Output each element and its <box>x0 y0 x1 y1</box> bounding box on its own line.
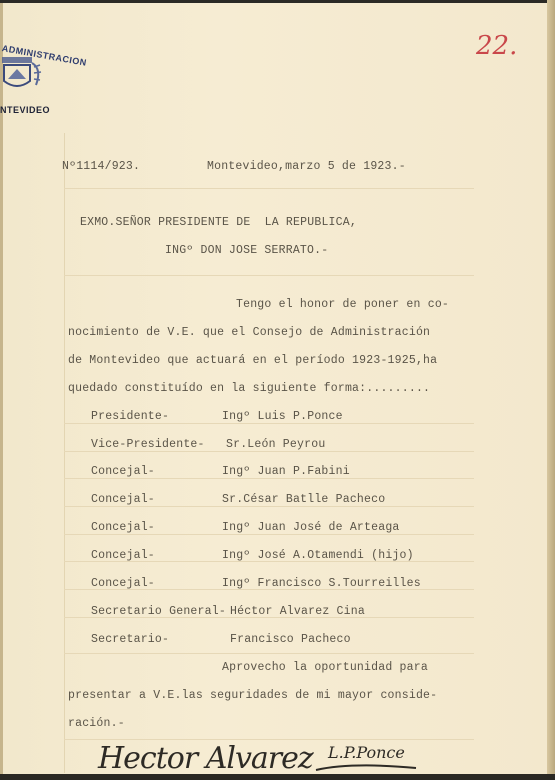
addressee-line-1: EXMO.SEÑOR PRESIDENTE DE LA REPUBLICA, <box>80 216 357 229</box>
member-name: Ingº Juan P.Fabini <box>222 465 350 478</box>
closing-line: Aprovecho la oportunidad para <box>222 661 428 674</box>
body-line: nocimiento de V.E. que el Consejo de Adm… <box>68 326 430 339</box>
member-role: Secretario General- <box>91 605 226 618</box>
municipal-seal: ADMINISTRACION NTEVIDEO <box>0 39 90 119</box>
member-role: Secretario- <box>91 633 169 646</box>
member-name: Sr.León Peyrou <box>226 438 325 451</box>
seal-bottom-text: NTEVIDEO <box>0 105 50 115</box>
member-role: Concejal- <box>91 577 155 590</box>
member-role: Concejal- <box>91 465 155 478</box>
addressee-line-2: INGº DON JOSE SERRATO.- <box>165 244 328 257</box>
ruled-line <box>64 478 474 479</box>
signature-secretary: Hector Alvarez <box>98 741 313 776</box>
coat-of-arms-icon <box>0 55 44 95</box>
member-role: Vice-Presidente- <box>91 438 205 451</box>
body-line: Tengo el honor de poner en co- <box>236 298 449 311</box>
body-line: quedado constituído en la siguiente form… <box>68 382 430 395</box>
ruled-line <box>64 423 474 424</box>
member-name: Ingº José A.Otamendi (hijo) <box>222 549 414 562</box>
ruled-line <box>64 275 474 276</box>
member-role: Concejal- <box>91 549 155 562</box>
ruled-line <box>64 653 474 654</box>
member-name: Héctor Alvarez Cina <box>230 605 365 618</box>
ruled-line <box>64 534 474 535</box>
reference-number: Nº1114/923. <box>62 160 140 173</box>
margin-rule <box>64 133 65 773</box>
page-right-edge <box>547 0 555 780</box>
body-line: de Montevideo que actuará en el período … <box>68 354 437 367</box>
member-role: Presidente- <box>91 410 169 423</box>
page-bottom-edge <box>0 774 555 780</box>
page-left-edge <box>0 3 3 780</box>
member-role: Concejal- <box>91 521 155 534</box>
ruled-line <box>64 739 474 740</box>
closing-line: ración.- <box>68 717 125 730</box>
document-page: ADMINISTRACION NTEVIDEO 22. Nº1114/923. … <box>0 0 550 776</box>
member-name: Ingº Francisco S.Tourreilles <box>222 577 421 590</box>
member-role: Concejal- <box>91 493 155 506</box>
ruled-line <box>64 188 474 189</box>
closing-line: presentar a V.E.las seguridades de mi ma… <box>68 689 437 702</box>
member-name: Ingº Juan José de Arteaga <box>222 521 400 534</box>
ruled-line <box>64 451 474 452</box>
folio-number: 22. <box>476 31 517 61</box>
ruled-line <box>64 506 474 507</box>
member-name: Francisco Pacheco <box>230 633 351 646</box>
place-date: Montevideo,marzo 5 de 1923.- <box>207 160 406 173</box>
member-name: Ingº Luis P.Ponce <box>222 410 343 423</box>
member-name: Sr.César Batlle Pacheco <box>222 493 385 506</box>
